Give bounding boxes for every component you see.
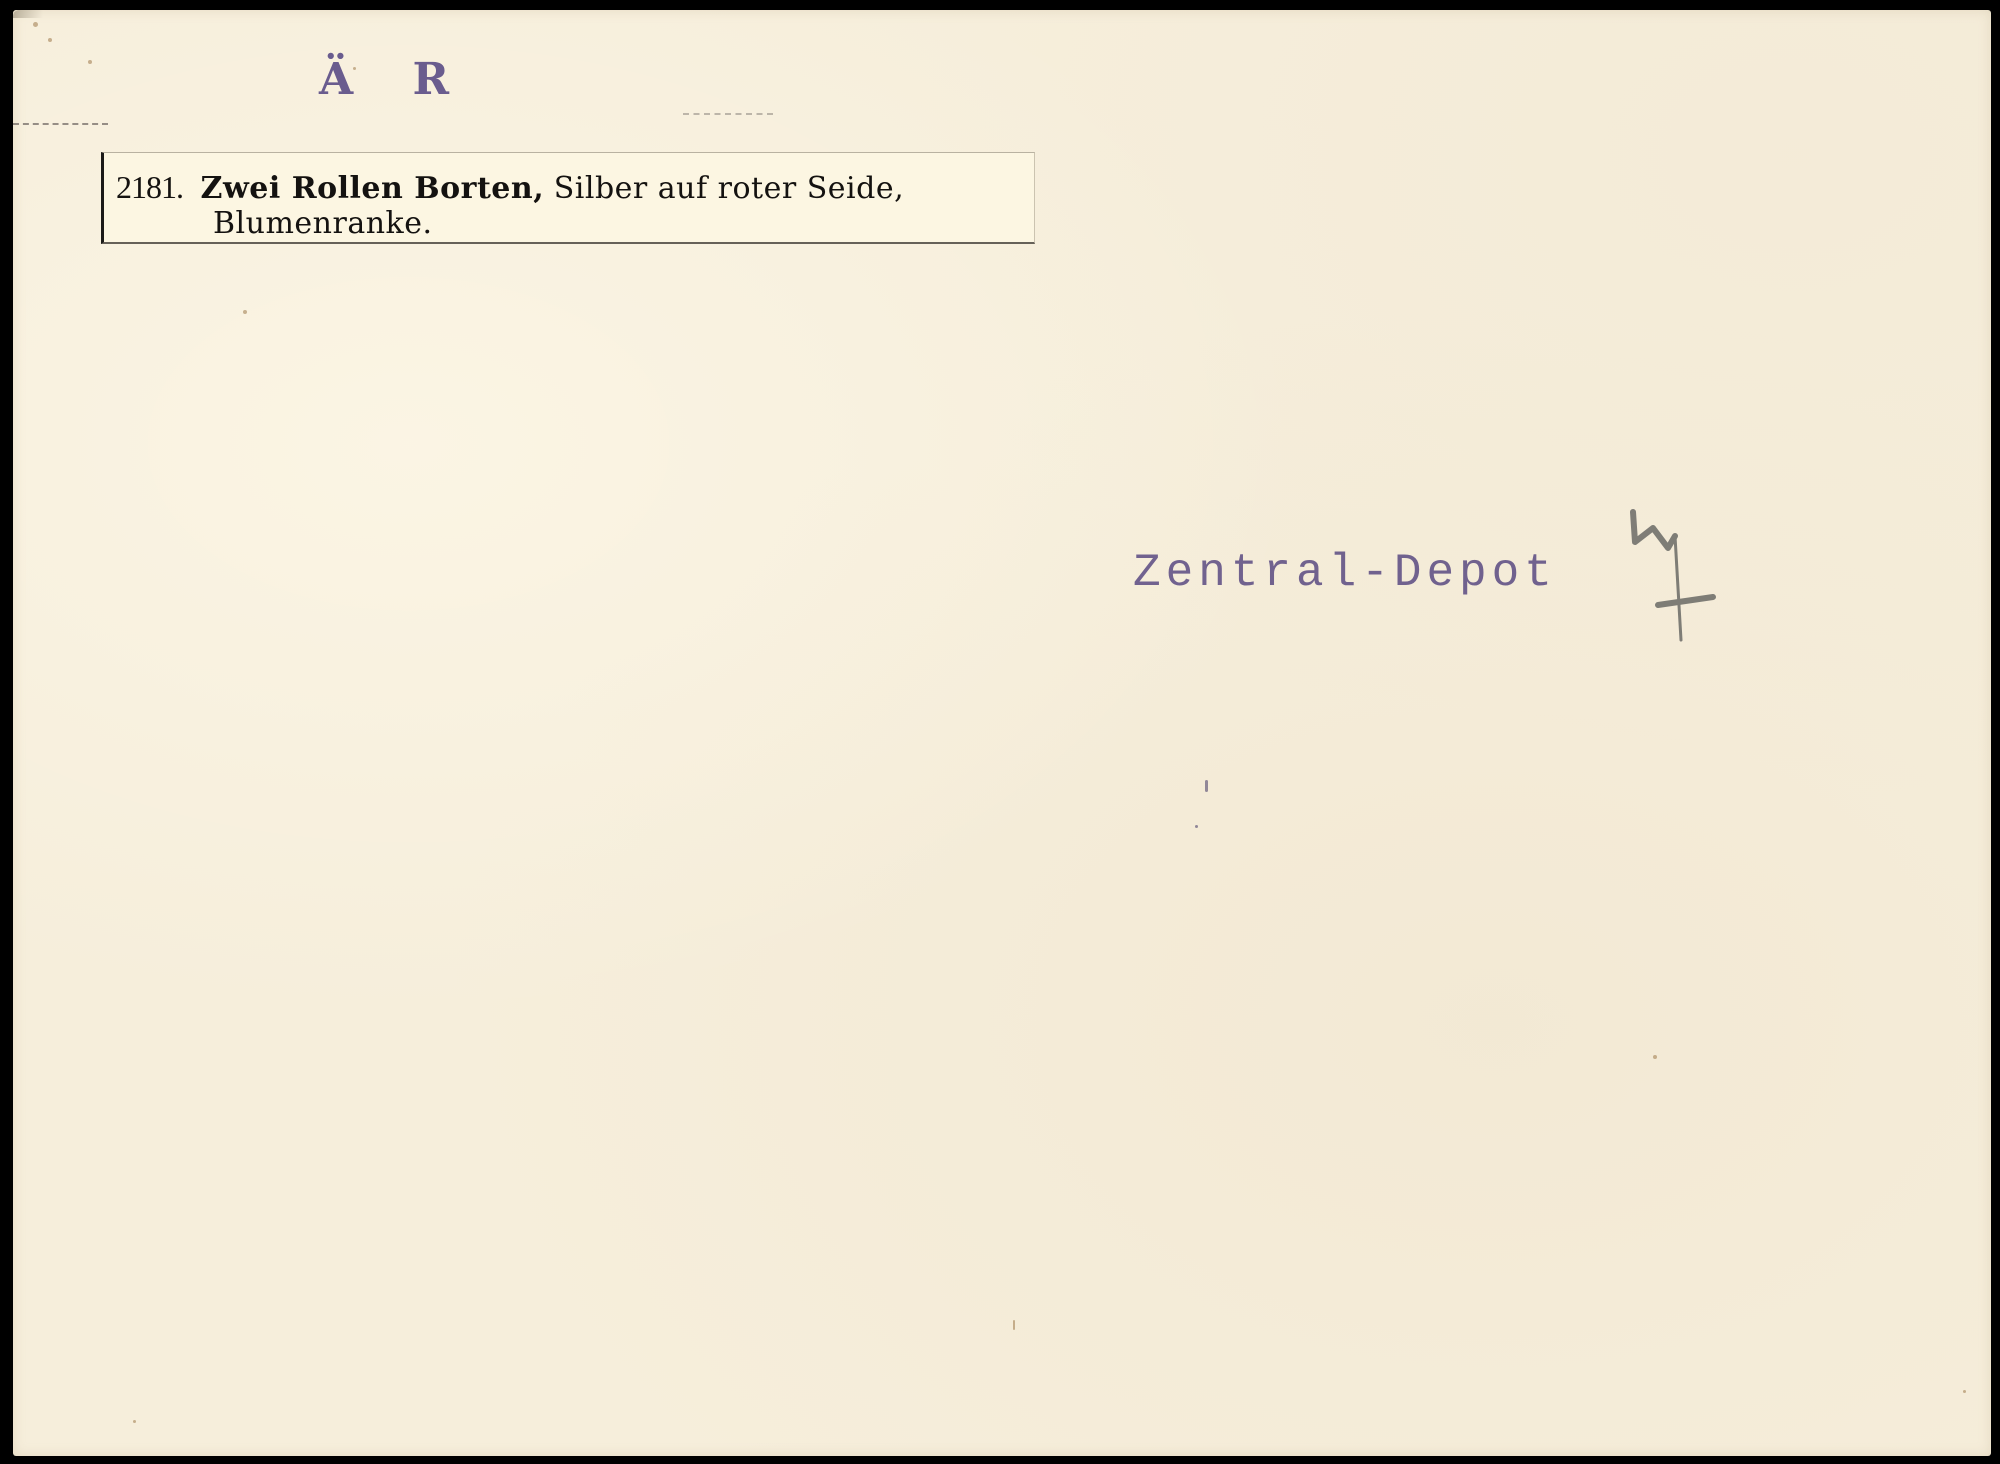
speck [48,38,52,42]
stamp-zentral-depot: Zentral-Depot [1133,550,1557,596]
speck [1195,825,1198,828]
speck [1013,1320,1015,1330]
speck [33,22,38,27]
entry-description-1: Silber auf roter Seide, [554,171,904,206]
speck [243,310,247,314]
ruled-line-right [683,113,773,115]
catalog-entry-label: 2181. Zwei Rollen Borten, Silber auf rot… [101,152,1035,244]
label-line-2: Blumenranke. [213,209,433,239]
speck [1653,1055,1657,1059]
corner-wear [13,10,43,18]
speck [88,60,92,64]
catalog-card: Ä R 2181. Zwei Rollen Borten, Silber auf… [13,10,1991,1456]
ruled-line-left [13,123,108,125]
entry-title: Zwei Rollen Borten, [201,171,545,206]
speck [133,1420,136,1423]
entry-number: 2181. [116,169,183,205]
speck [353,67,356,70]
label-line-1: 2181. Zwei Rollen Borten, Silber auf rot… [116,171,904,204]
stamp-ar: Ä R [319,58,471,102]
speck [1205,780,1208,792]
pencil-seven-icon [1613,500,1733,650]
speck [1963,1390,1966,1393]
entry-description-2: Blumenranke. [213,206,433,241]
